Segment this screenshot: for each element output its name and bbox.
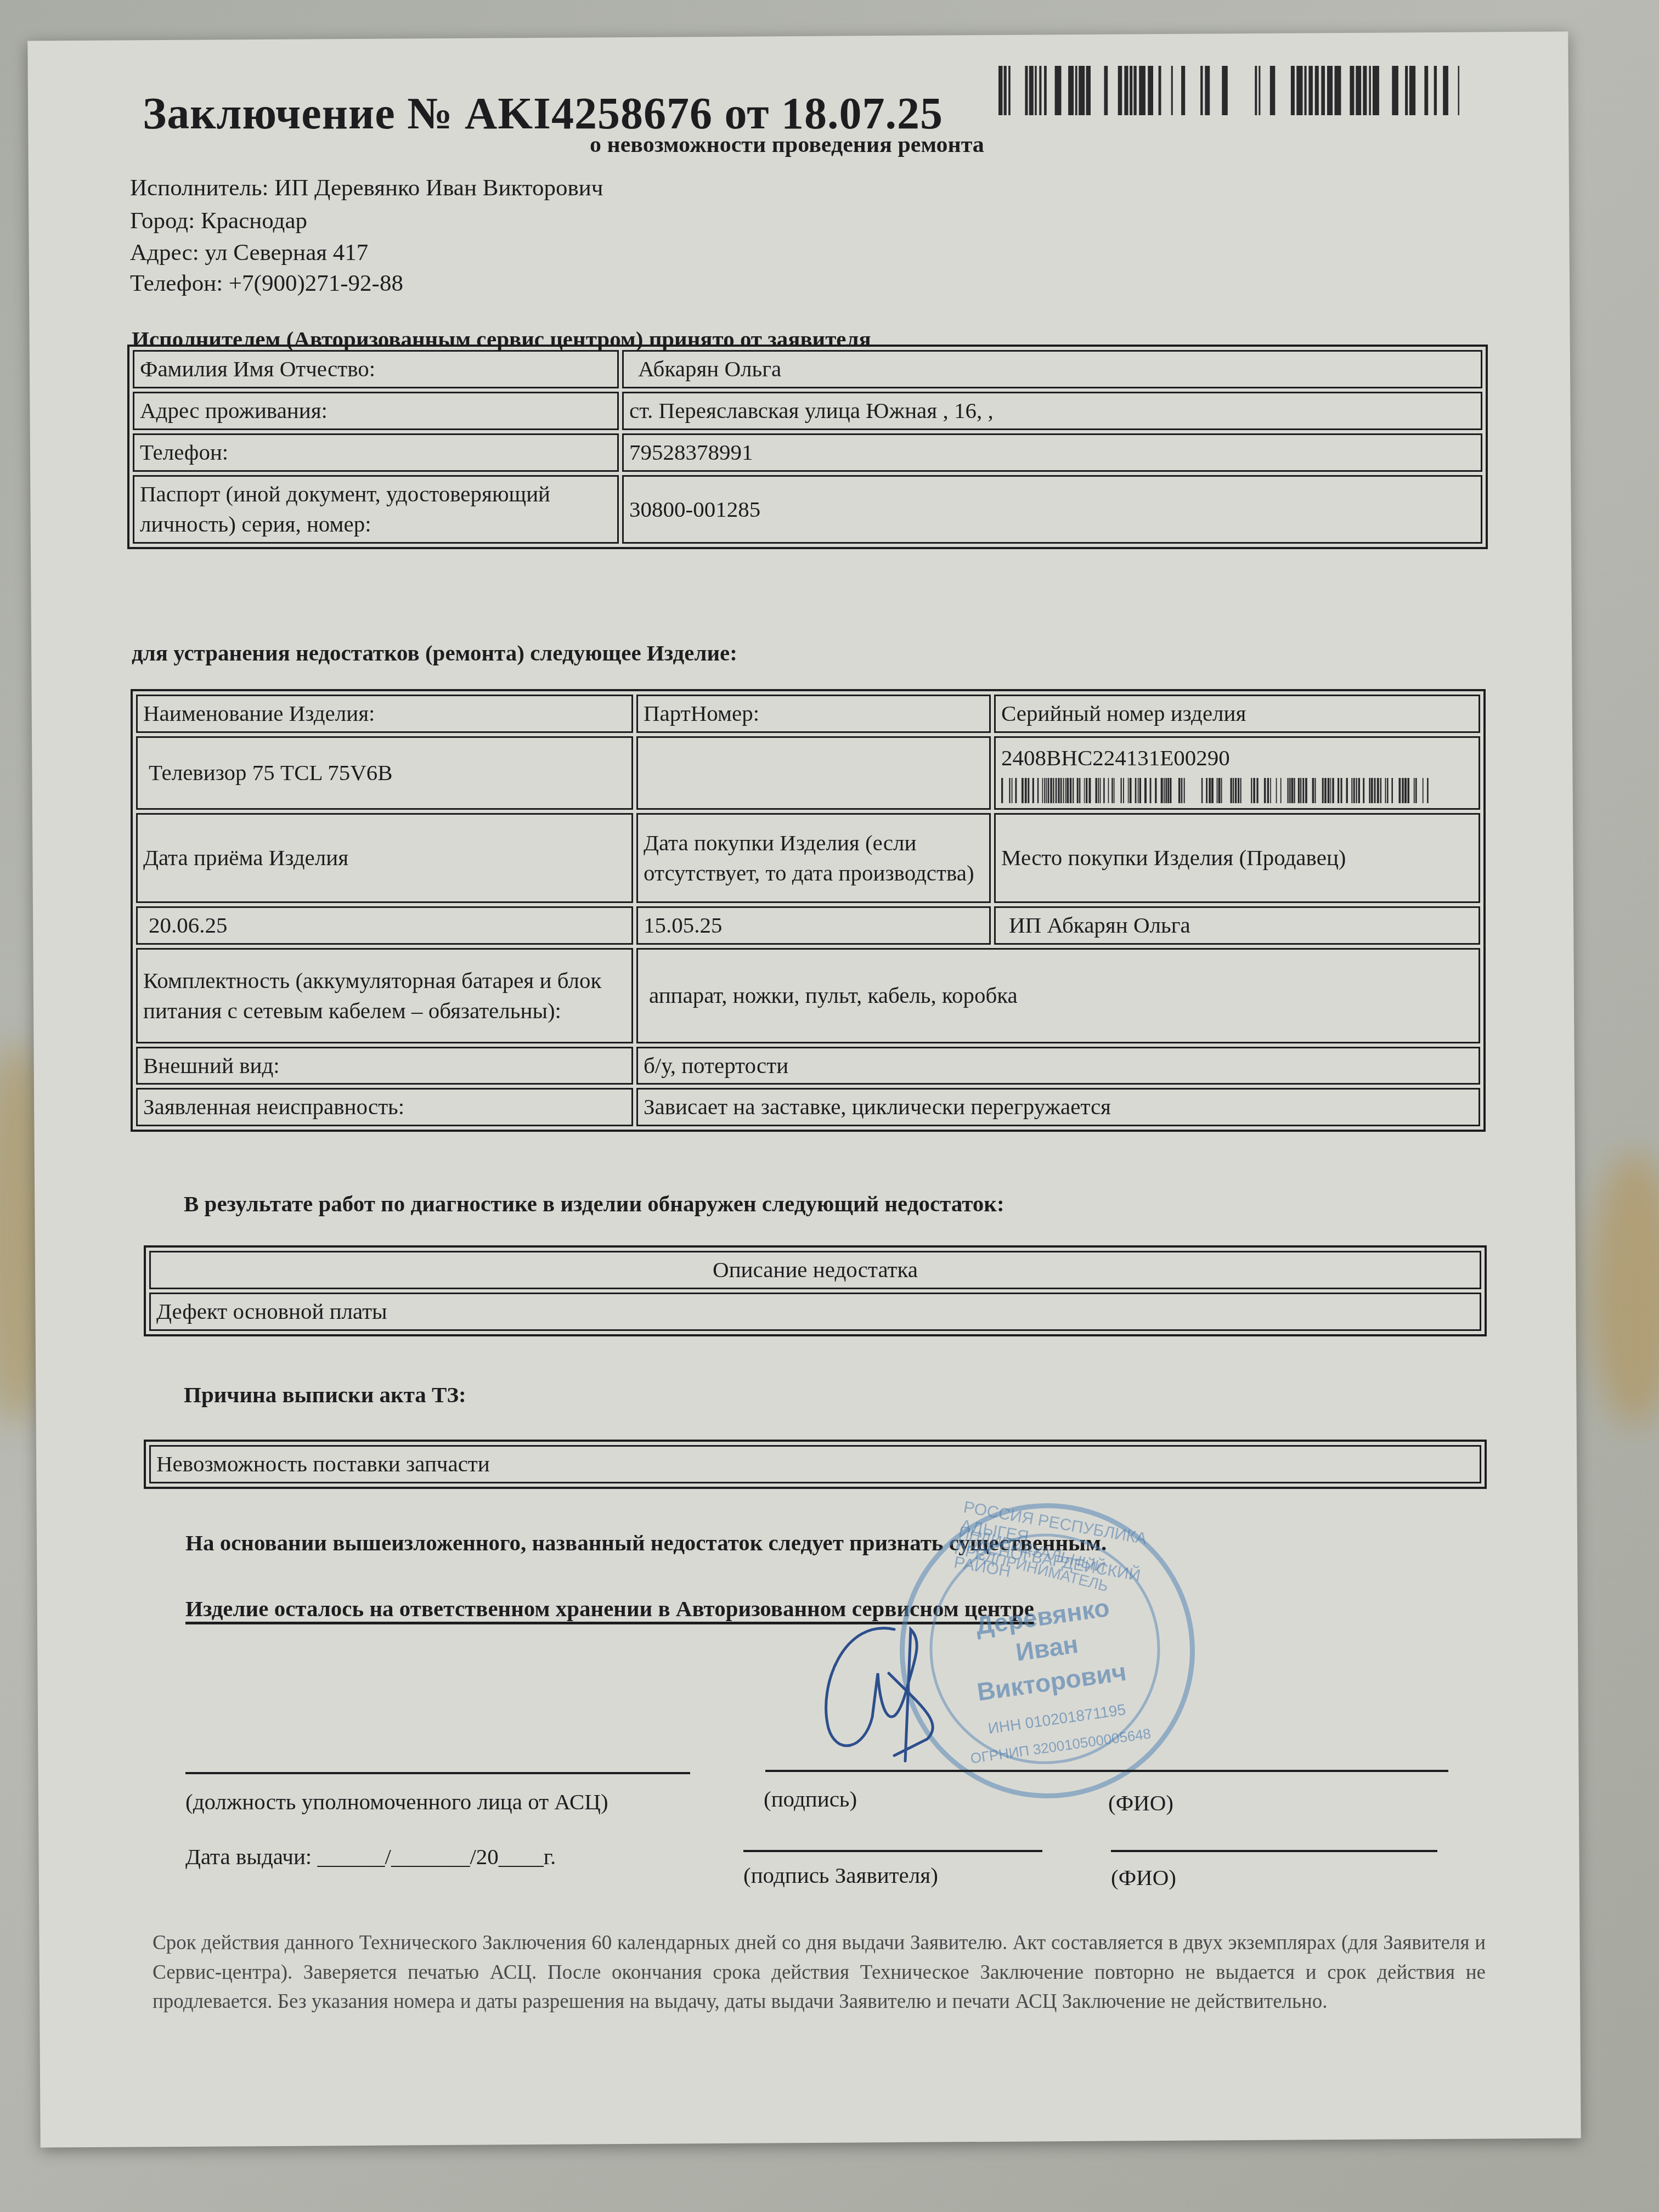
table-row: Описание недостатка bbox=[149, 1251, 1481, 1289]
executor-city: Город: Краснодар bbox=[130, 207, 307, 234]
signature-line bbox=[765, 1770, 1448, 1772]
fio-caption: (ФИО) bbox=[1108, 1790, 1173, 1816]
section-diagnosis-heading: В результате работ по диагностике в изде… bbox=[184, 1190, 1005, 1217]
table-row: Телефон: 79528378991 bbox=[133, 433, 1482, 472]
serial-number-cell: 2408BHC224131E00290 bbox=[994, 736, 1480, 810]
place-purchase-value: ИП Абкарян Ольга bbox=[994, 906, 1480, 945]
table-row: Заявленная неисправность: Зависает на за… bbox=[136, 1088, 1480, 1126]
part-number-value bbox=[636, 736, 991, 810]
product-table: Наименование Изделия: ПартНомер: Серийны… bbox=[131, 689, 1486, 1132]
signature-caption: (подпись) bbox=[764, 1786, 857, 1812]
date-purchase-label: Дата покупки Изделия (если отсутствует, … bbox=[636, 813, 991, 903]
applicant-signature-caption: (подпись Заявителя) bbox=[743, 1862, 938, 1888]
table-row: Наименование Изделия: ПартНомер: Серийны… bbox=[136, 695, 1480, 733]
applicant-name-label: Фамилия Имя Отчество: bbox=[133, 350, 619, 388]
table-row: 20.06.25 15.05.25 ИП Абкарян Ольга bbox=[136, 906, 1480, 945]
completeness-label: Комплектность (аккумуляторная батарея и … bbox=[136, 948, 633, 1043]
applicant-phone-value: 79528378991 bbox=[622, 433, 1482, 472]
table-row: Фамилия Имя Отчество: Абкарян Ольга bbox=[133, 350, 1482, 388]
reason-table: Невозможность поставки запчасти bbox=[144, 1440, 1487, 1489]
product-name-value: Телевизор 75 TCL 75V6B bbox=[136, 736, 633, 810]
appearance-label: Внешний вид: bbox=[136, 1047, 633, 1085]
defect-value: Дефект основной платы bbox=[149, 1293, 1481, 1331]
place-purchase-label: Место покупки Изделия (Продавец) bbox=[994, 813, 1480, 903]
applicant-passport-value: 30800-001285 bbox=[622, 475, 1482, 544]
date-purchase-value: 15.05.25 bbox=[636, 906, 991, 945]
position-signature-line bbox=[185, 1772, 690, 1774]
document-barcode bbox=[998, 66, 1459, 115]
applicant-fio-line bbox=[1111, 1850, 1437, 1852]
signature bbox=[812, 1607, 988, 1772]
table-row: Дата приёма Изделия Дата покупки Изделия… bbox=[136, 813, 1480, 903]
footer-note: Срок действия данного Технического Заклю… bbox=[153, 1928, 1486, 2017]
executor-name: Исполнитель: ИП Деревянко Иван Викторови… bbox=[130, 174, 603, 201]
date-received-value: 20.06.25 bbox=[136, 906, 633, 945]
applicant-name-value: Абкарян Ольга bbox=[622, 350, 1482, 388]
position-caption: (должность уполномоченного лица от АСЦ) bbox=[185, 1788, 608, 1815]
background-stain bbox=[1591, 1152, 1659, 1426]
fault-value: Зависает на заставке, циклически перегру… bbox=[636, 1088, 1480, 1126]
executor-phone: Телефон: +7(900)271-92-88 bbox=[130, 270, 403, 297]
table-row: Комплектность (аккумуляторная батарея и … bbox=[136, 948, 1480, 1043]
serial-barcode bbox=[1001, 778, 1429, 803]
serial-number-value: 2408BHC224131E00290 bbox=[1001, 745, 1230, 770]
document-subtitle: о невозможности проведения ремонта bbox=[590, 132, 984, 158]
applicant-fio-caption: (ФИО) bbox=[1111, 1864, 1176, 1891]
section-product-heading: для устранения недостатков (ремонта) сле… bbox=[132, 640, 737, 666]
applicant-passport-label: Паспорт (иной документ, удостоверяющий л… bbox=[133, 475, 619, 544]
part-number-label: ПартНомер: bbox=[636, 695, 991, 733]
appearance-value: б/у, потертости bbox=[636, 1047, 1480, 1085]
table-row: Невозможность поставки запчасти bbox=[149, 1445, 1481, 1483]
applicant-table: Фамилия Имя Отчество: Абкарян Ольга Адре… bbox=[127, 345, 1488, 549]
section-reason-heading: Причина выписки акта ТЗ: bbox=[184, 1381, 466, 1408]
defect-header: Описание недостатка bbox=[149, 1251, 1481, 1289]
product-name-label: Наименование Изделия: bbox=[136, 695, 633, 733]
table-row: Адрес проживания: ст. Переяславская улиц… bbox=[133, 392, 1482, 430]
serial-number-label: Серийный номер изделия bbox=[994, 695, 1480, 733]
applicant-address-value: ст. Переяславская улица Южная , 16, , bbox=[622, 392, 1482, 430]
applicant-phone-label: Телефон: bbox=[133, 433, 619, 472]
issue-date: Дата выдачи: ______/_______/20____г. bbox=[185, 1843, 556, 1870]
table-row: Дефект основной платы bbox=[149, 1293, 1481, 1331]
table-row: Телевизор 75 TCL 75V6B 2408BHC224131E002… bbox=[136, 736, 1480, 810]
fault-label: Заявленная неисправность: bbox=[136, 1088, 633, 1126]
table-row: Паспорт (иной документ, удостоверяющий л… bbox=[133, 475, 1482, 544]
completeness-value: аппарат, ножки, пульт, кабель, коробка bbox=[636, 948, 1480, 1043]
table-row: Внешний вид: б/у, потертости bbox=[136, 1047, 1480, 1085]
date-received-label: Дата приёма Изделия bbox=[136, 813, 633, 903]
defect-table: Описание недостатка Дефект основной плат… bbox=[144, 1245, 1487, 1336]
applicant-signature-line bbox=[743, 1850, 1042, 1852]
executor-address: Адрес: ул Северная 417 bbox=[130, 239, 368, 266]
reason-value: Невозможность поставки запчасти bbox=[149, 1445, 1481, 1483]
applicant-address-label: Адрес проживания: bbox=[133, 392, 619, 430]
